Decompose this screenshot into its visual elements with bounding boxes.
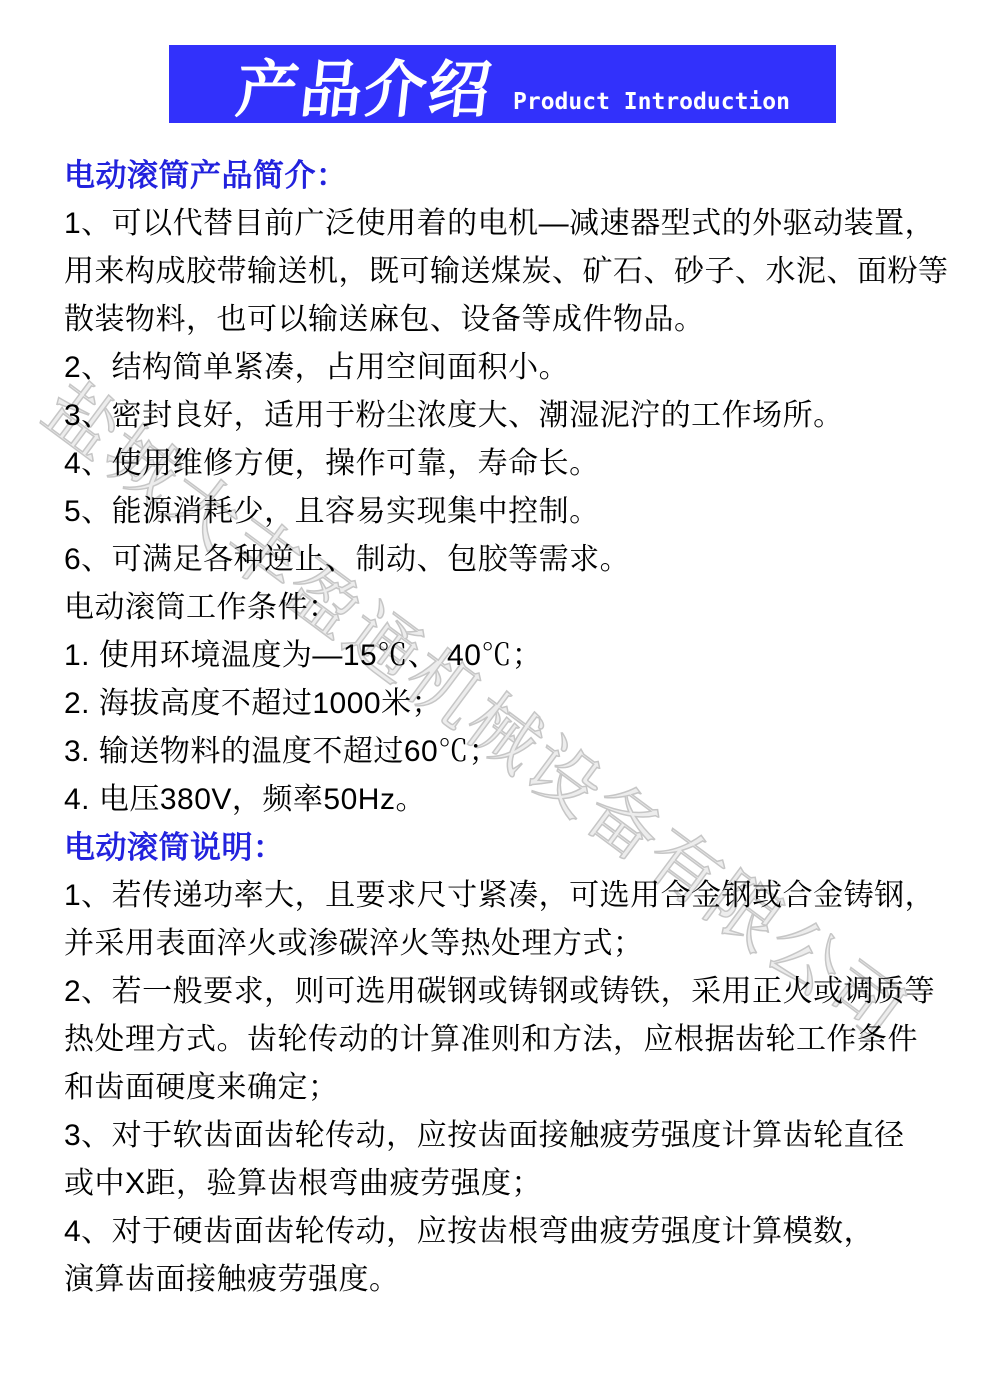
section-heading: 电动滚筒产品简介：	[64, 152, 964, 200]
text-line: 3、密封良好，适用于粉尘浓度大、潮湿泥泞的工作场所。	[64, 392, 964, 440]
text-line: 和齿面硬度来确定；	[64, 1064, 964, 1112]
text-line: 演算齿面接触疲劳强度。	[64, 1256, 964, 1304]
body-text: 电动滚筒产品简介：1、可以代替目前广泛使用着的电机—减速器型式的外驱动装置，用来…	[64, 152, 964, 1304]
text-line: 3、对于软齿面齿轮传动，应按齿面接触疲劳强度计算齿轮直径	[64, 1112, 964, 1160]
text-line: 6、可满足各种逆止、制动、包胶等需求。	[64, 536, 964, 584]
text-line: 电动滚筒工作条件：	[64, 584, 964, 632]
text-line: 1、若传递功率大，且要求尺寸紧凑，可选用合金钢或合金铸钢，	[64, 872, 964, 920]
page-subtitle: Product Introduction	[513, 89, 790, 115]
text-line: 并采用表面淬火或渗碳淬火等热处理方式；	[64, 920, 964, 968]
text-line: 或中X距，验算齿根弯曲疲劳强度；	[64, 1160, 964, 1208]
header-banner: 产品介绍 Product Introduction	[169, 45, 836, 123]
text-line: 2. 海拔高度不超过1000米；	[64, 680, 964, 728]
text-line: 1、可以代替目前广泛使用着的电机—减速器型式的外驱动装置，	[64, 200, 964, 248]
text-line: 4、对于硬齿面齿轮传动，应按齿根弯曲疲劳强度计算模数，	[64, 1208, 964, 1256]
text-line: 热处理方式。齿轮传动的计算准则和方法，应根据齿轮工作条件	[64, 1016, 964, 1064]
text-line: 3. 输送物料的温度不超过60℃；	[64, 728, 964, 776]
text-line: 2、若一般要求，则可选用碳钢或铸钢或铸铁，采用正火或调质等	[64, 968, 964, 1016]
text-line: 散装物料，也可以输送麻包、设备等成件物品。	[64, 296, 964, 344]
text-line: 1. 使用环境温度为—15℃、 40℃；	[64, 632, 964, 680]
text-line: 5、能源消耗少，且容易实现集中控制。	[64, 488, 964, 536]
text-line: 4、使用维修方便，操作可靠，寿命长。	[64, 440, 964, 488]
text-line: 2、结构简单紧凑，占用空间面积小。	[64, 344, 964, 392]
product-introduction-page: 盐城大丰盈通机械设备有限公司 产品介绍 Product Introduction…	[0, 0, 1000, 1376]
section-heading: 电动滚筒说明：	[64, 824, 964, 872]
text-line: 用来构成胶带输送机，既可输送煤炭、矿石、砂子、水泥、面粉等	[64, 248, 964, 296]
text-line: 4. 电压380V，频率50Hz。	[64, 776, 964, 824]
page-title: 产品介绍	[232, 40, 497, 129]
